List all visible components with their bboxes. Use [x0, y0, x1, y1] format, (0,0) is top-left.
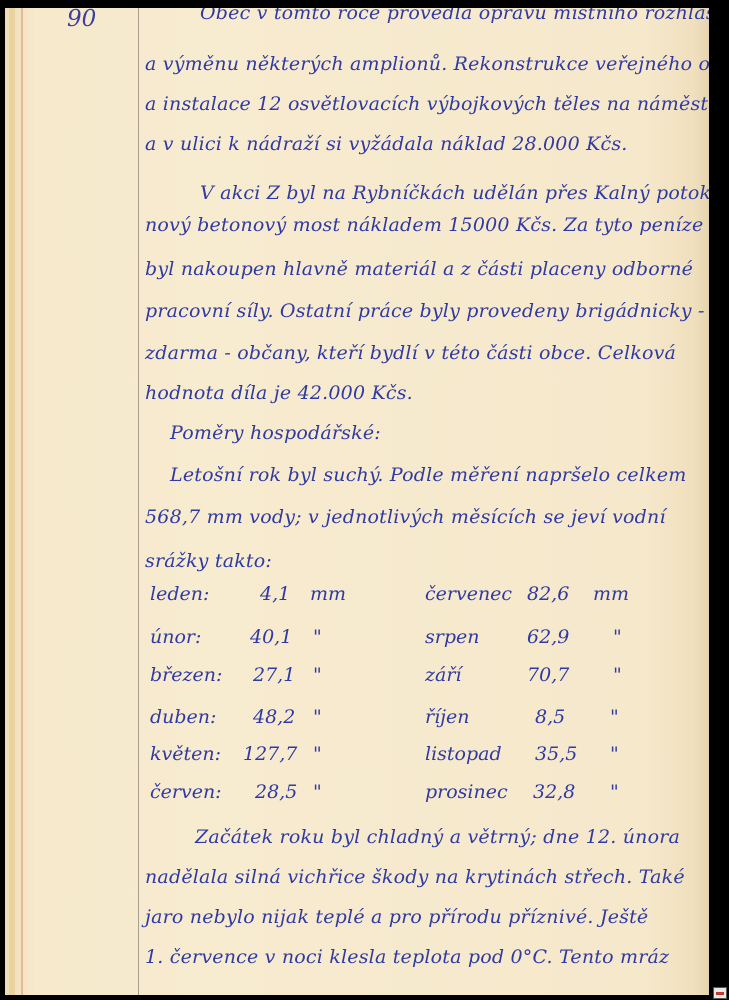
- rainfall-value: 40,1: [250, 626, 292, 648]
- text-line: Začátek roku byl chladný a větrný; dne 1…: [195, 826, 680, 848]
- text-line: V akci Z byl na Rybníčkách udělán přes K…: [200, 182, 709, 204]
- unit-label: ": [313, 664, 322, 686]
- unit-label: ": [610, 743, 619, 765]
- page-edge: [9, 8, 15, 995]
- unit-label: ": [313, 626, 322, 648]
- unit-label: ": [613, 626, 622, 648]
- rainfall-value: 127,7: [243, 743, 297, 765]
- month-label: listopad: [425, 743, 502, 765]
- text-line: byl nakoupen hlavně materiál a z části p…: [145, 258, 693, 280]
- month-label: říjen: [425, 706, 470, 728]
- margin-line-red: [21, 8, 23, 995]
- unit-label: mm: [593, 583, 629, 605]
- text-line: hodnota díla je 42.000 Kčs.: [145, 382, 413, 404]
- month-label: červen:: [150, 781, 222, 803]
- minimize-button[interactable]: [713, 987, 727, 999]
- text-line: nadělala silná vichřice škody na krytiná…: [145, 866, 685, 888]
- text-line: Obec v tomto roce provedla opravu místní…: [200, 8, 709, 24]
- month-label: září: [425, 664, 462, 686]
- text-line: jaro nebylo nijak teplé a pro přírodu př…: [145, 906, 648, 928]
- rainfall-value: 82,6: [527, 583, 569, 605]
- rainfall-value: 62,9: [527, 626, 569, 648]
- rainfall-value: 35,5: [535, 743, 577, 765]
- notebook-page: 90 Obec v tomto roce provedla opravu mís…: [5, 8, 709, 995]
- page-number: 90: [67, 8, 96, 32]
- month-label: červenec: [425, 583, 512, 605]
- rainfall-value: 32,8: [533, 781, 575, 803]
- rainfall-value: 27,1: [253, 664, 295, 686]
- text-line: 1. července v noci klesla teplota pod 0°…: [145, 946, 669, 968]
- unit-label: ": [613, 664, 622, 686]
- rainfall-value: 48,2: [253, 706, 295, 728]
- text-line: nový betonový most nákladem 15000 Kčs. Z…: [145, 214, 703, 236]
- text-line: a instalace 12 osvětlovacích výbojkových…: [145, 93, 709, 115]
- unit-label: ": [313, 743, 322, 765]
- unit-label: mm: [310, 583, 346, 605]
- margin-rule: [138, 8, 139, 995]
- rainfall-value: 70,7: [527, 664, 569, 686]
- text-line: srážky takto:: [145, 550, 272, 572]
- section-heading: Poměry hospodářské:: [170, 422, 381, 444]
- month-label: prosinec: [425, 781, 508, 803]
- rainfall-value: 8,5: [535, 706, 565, 728]
- unit-label: ": [313, 781, 322, 803]
- month-label: leden:: [150, 583, 209, 605]
- rainfall-value: 28,5: [255, 781, 297, 803]
- unit-label: ": [313, 706, 322, 728]
- unit-label: ": [610, 781, 619, 803]
- text-line: 568,7 mm vody; v jednotlivých měsících s…: [145, 506, 666, 528]
- month-label: srpen: [425, 626, 479, 648]
- month-label: březen:: [150, 664, 222, 686]
- month-label: květen:: [150, 743, 221, 765]
- text-line: Letošní rok byl suchý. Podle měření napr…: [170, 464, 687, 486]
- text-line: a výměnu některých amplionů. Rekonstrukc…: [145, 53, 709, 75]
- rainfall-value: 4,1: [260, 583, 290, 605]
- unit-label: ": [610, 706, 619, 728]
- text-line: zdarma - občany, kteří bydlí v této část…: [145, 342, 676, 364]
- month-label: únor:: [150, 626, 201, 648]
- text-line: pracovní síly. Ostatní práce byly proved…: [145, 300, 705, 322]
- month-label: duben:: [150, 706, 216, 728]
- text-line: a v ulici k nádraží si vyžádala náklad 2…: [145, 133, 628, 155]
